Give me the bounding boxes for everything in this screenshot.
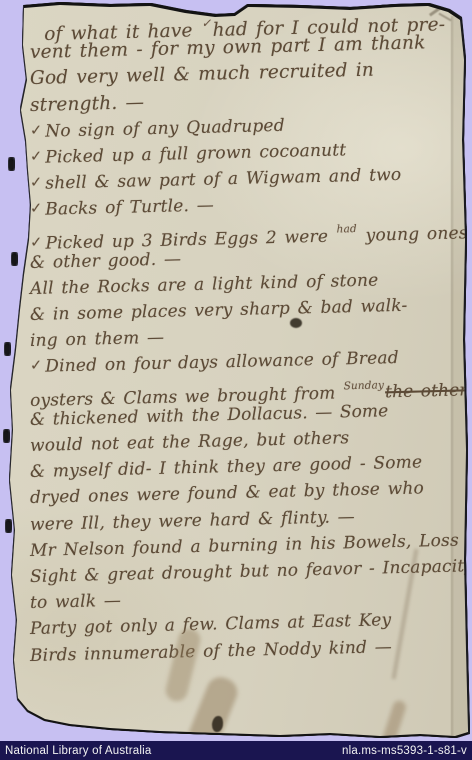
manuscript-text-segment: Backs of Turtle. — [45,196,214,220]
manuscript-text-segment: Birds innumerable of the Noddy kind — [30,637,392,666]
footer-image-id: nla.ms-ms5393-1-s81-v [342,745,467,757]
torn-edge-speck [4,432,8,441]
manuscript-text-segment: to walk — [30,591,122,613]
inserted-text: Sunday [343,372,384,399]
paper-stain [382,699,408,745]
footer-bar: National Library of Australia nla.ms-ms5… [0,741,472,760]
check-mark: ✓ [30,353,43,379]
check-mark: ✓ [30,196,43,222]
inserted-text: ✓ [201,10,211,36]
torn-edge-speck [9,160,13,169]
manuscript-text-segment: Isd. [467,379,472,400]
manuscript-text-segment: strength. — [30,92,145,116]
check-mark: ✓ [30,117,43,143]
manuscript-text-segment: & other good. — [30,249,182,273]
manuscript-text-segment: ing on them — [30,328,165,351]
check-mark: ✓ [30,144,43,170]
ink-blot [290,318,302,328]
manuscript-text-segment: No sign of any Quadruped [45,116,285,142]
torn-edge-speck [5,345,9,354]
inserted-text: had [336,216,357,243]
manuscript-text: of what it have ✓had for I could not pre… [30,14,460,669]
footer-institution: National Library of Australia [5,745,151,757]
paper-sheet: of what it have ✓had for I could not pre… [0,0,472,740]
manuscript-page: of what it have ✓had for I could not pre… [0,0,472,742]
torn-edge-speck [12,255,16,264]
torn-edge-speck [6,522,10,531]
check-mark: ✓ [30,170,43,196]
